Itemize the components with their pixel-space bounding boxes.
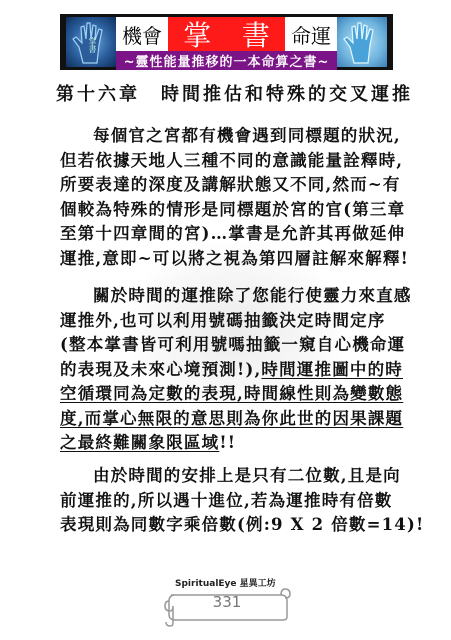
text-line-underlined: 度,而掌心無限的意思則為你此世的因果課題 [60,407,400,432]
paragraph-3: 由於時間的安排上是只有二位數,且是向 前運推的,所以遇十進位,若為運推時有倍數 … [60,464,400,538]
banner-char-1: 掌 [183,14,211,54]
text-line: 的表現及未來心境預測!),時間運推圖中的時 [60,358,400,383]
text-line: 個較為特殊的情形是同標題於宮的官(第三章 [60,198,400,223]
page-number: 331 [163,593,291,611]
banner-right-text: 命運 [285,17,337,51]
left-hand-panel: 掌書 [66,17,116,67]
paragraph-2: 關於時間的運推除了您能行使靈力來直感 運推外,也可以利用號碼抽籤決定時間定序 (… [60,284,400,456]
chapter-title: 第十六章 時間推估和特殊的交叉運推 [56,80,416,106]
paragraph-1: 每個官之宮都有機會遇到同標題的狀況, 但若依據天地人三種不同的意識能量詮釋時, … [60,124,400,271]
text-line: 之最終難關象限區域!! [60,431,400,456]
hand-label: 掌書 [87,37,98,53]
text-line: 所要表達的深度及講解狀態又不同,然而~有 [60,173,400,198]
text-line: 至第十四章間的宮)…掌書是允許其再做延伸 [60,222,400,247]
banner-center: 機會 掌 書 命運 ~靈性能量推移的一本命算之書~ [116,17,337,67]
header-banner: 掌書 機會 掌 書 命運 ~靈性能量推移的一本命算之書~ [60,14,393,70]
banner-title-row: 機會 掌 書 命運 [116,17,337,51]
hand-icon [340,19,384,65]
text-line: 運推外,也可以利用號碼抽籤決定時間定序 [60,309,400,334]
text-line: 前運推的,所以遇十進位,若為運推時有倍數 [60,489,400,514]
banner-subtitle: ~靈性能量推移的一本命算之書~ [116,51,337,70]
text-line: 每個官之宮都有機會遇到同標題的狀況, [60,124,400,149]
banner-char-2: 書 [242,14,270,54]
banner-left-text: 機會 [116,17,168,51]
text-plain: 的表現及未來心境預測!), [60,360,261,379]
text-line: 表現則為同數字乘倍數(例:9 X 2 倍數=14)! [60,513,400,538]
text-underlined: 之最終難關象限區域 [60,433,219,452]
banner-center-text: 掌 書 [168,17,285,51]
text-line-underlined: 空循環同為定數的表現,時間線性則為變數態 [60,382,400,407]
text-plain: !! [219,433,236,452]
text-line: (整本掌書皆可利用號嗎抽籤一窺自心機命運 [60,333,400,358]
text-line: 運推,意即~可以將之視為第四層註解來解釋! [60,247,400,272]
right-hand-panel [337,17,387,67]
text-underlined: 時間運推圖中的時 [261,360,403,379]
text-line: 由於時間的安排上是只有二位數,且是向 [60,464,400,489]
text-line: 關於時間的運推除了您能行使靈力來直感 [60,284,400,309]
text-line: 但若依據天地人三種不同的意識能量詮釋時, [60,149,400,174]
